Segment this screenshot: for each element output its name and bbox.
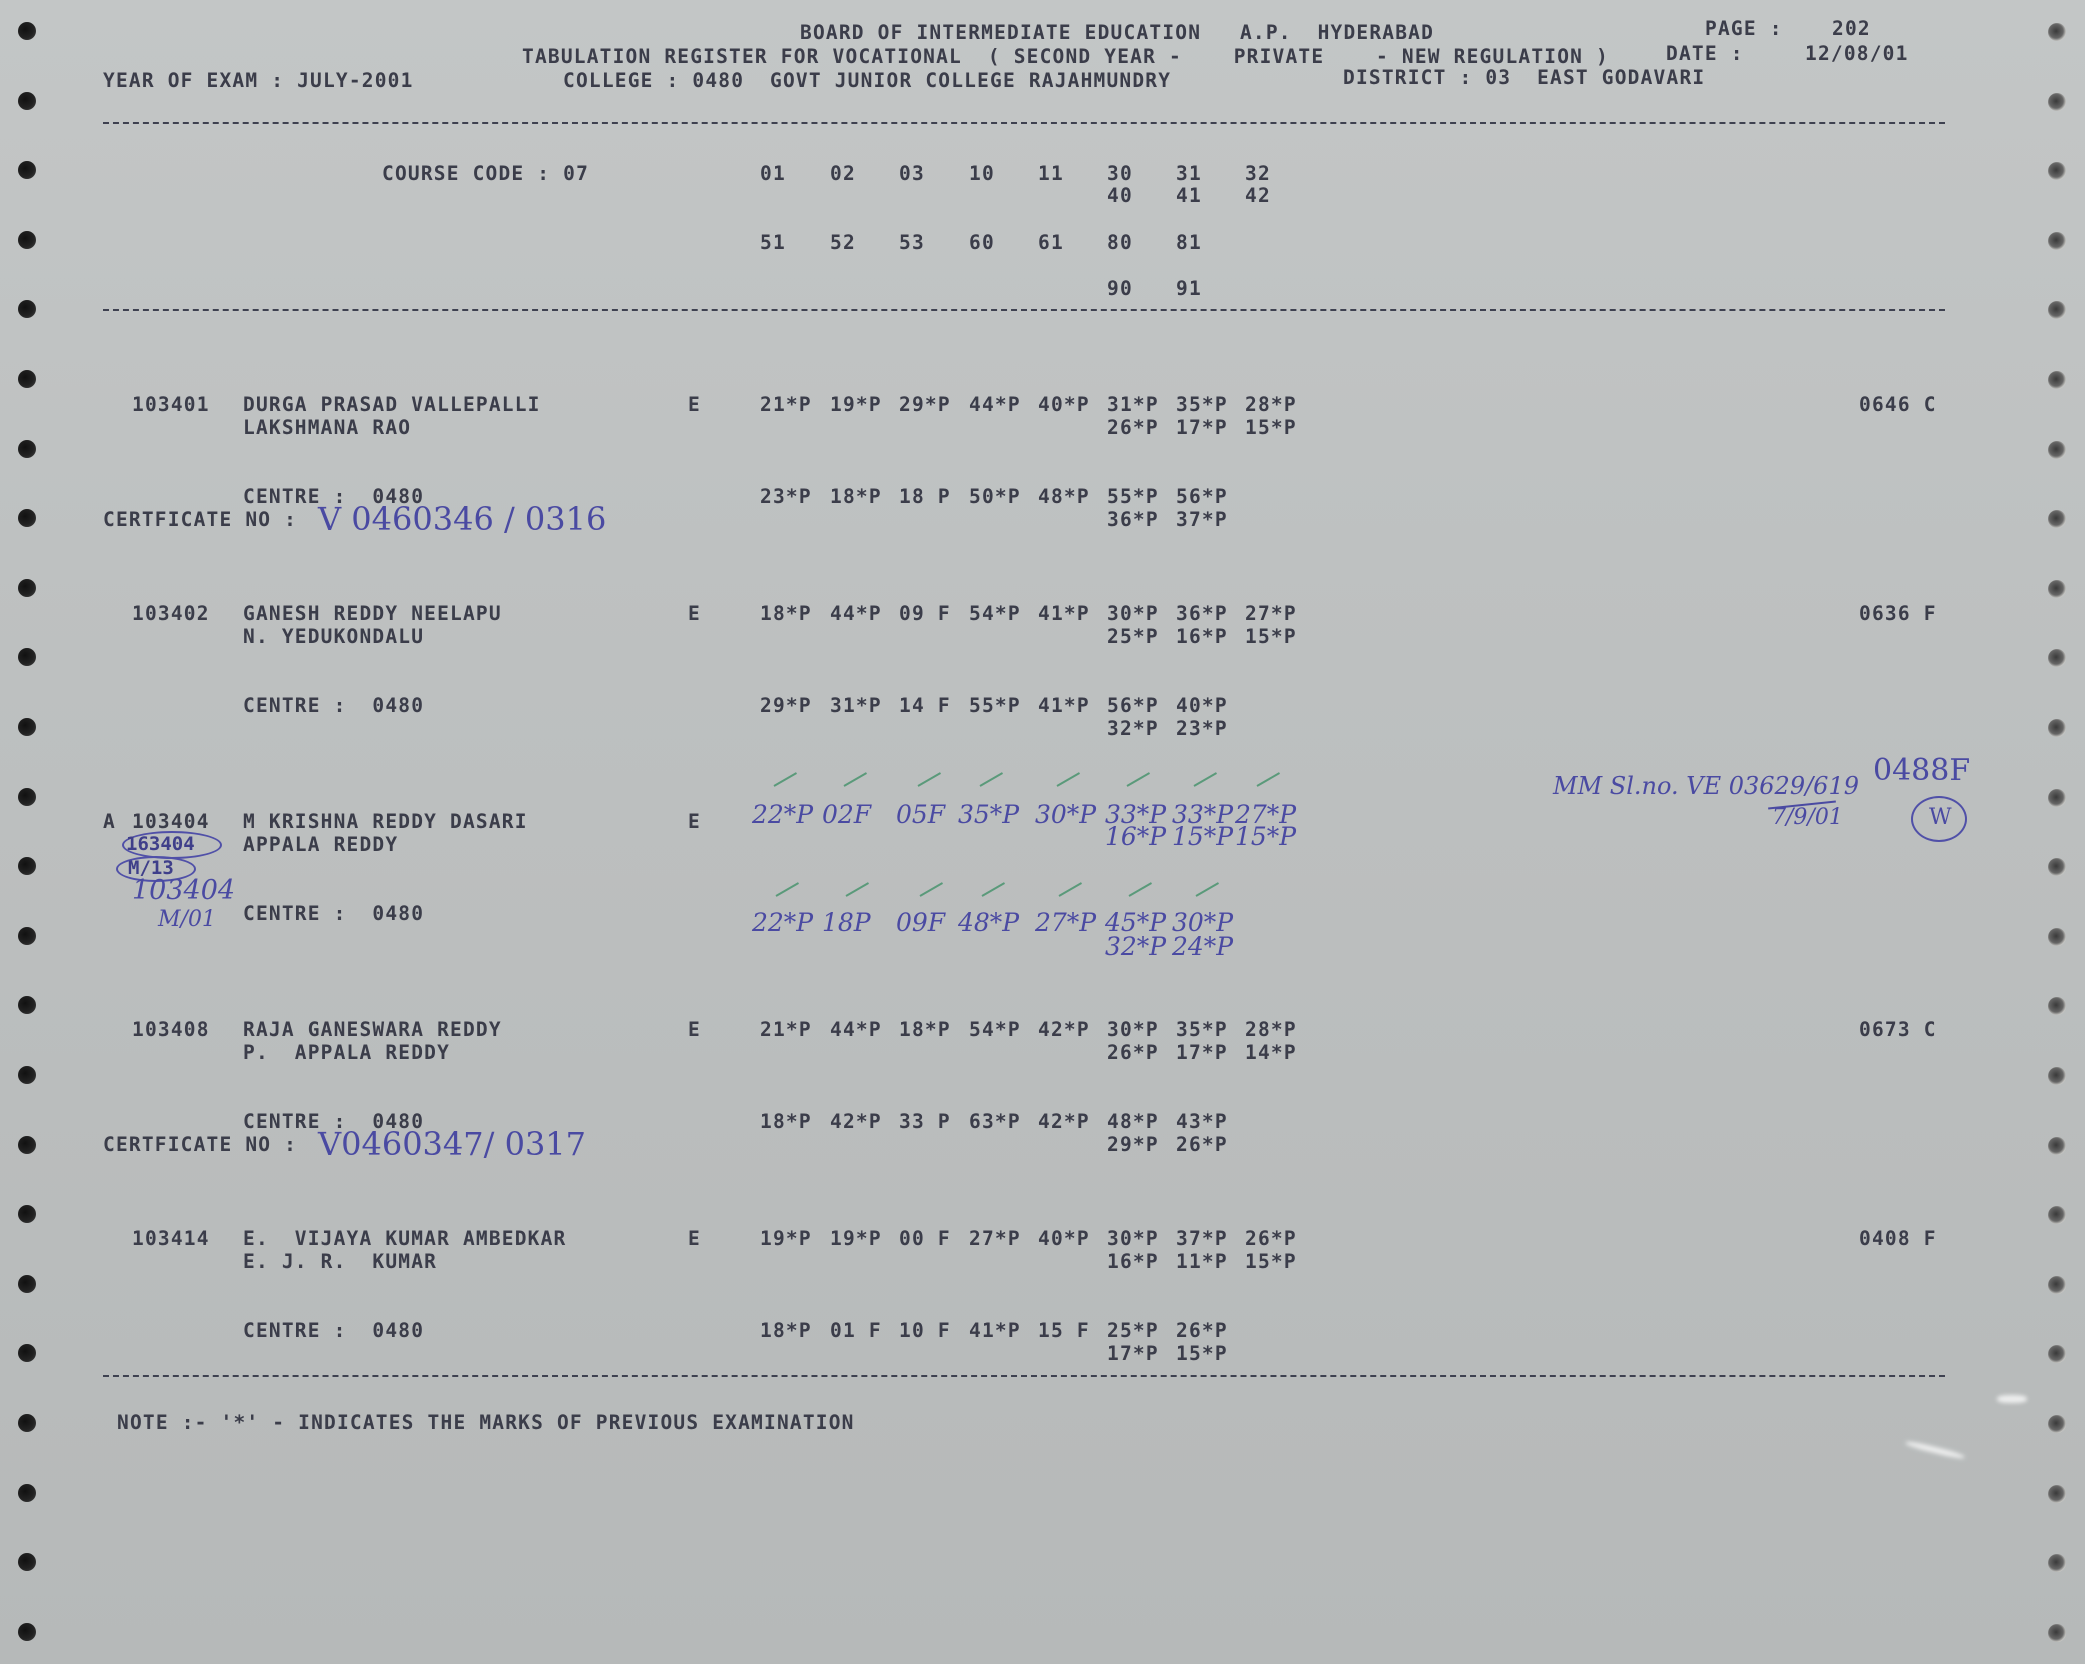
feed-hole-icon <box>2048 1554 2066 1572</box>
handwritten-certificate-number: V0460347/ 0317 <box>318 1129 586 1159</box>
handwritten-mark: 05F <box>896 803 945 827</box>
subject-mark: 15*P <box>1245 1251 1297 1273</box>
subject-mark: 18*P <box>760 603 812 625</box>
subject-code: 31 <box>1176 163 1202 185</box>
subject-mark: 28*P <box>1245 394 1297 416</box>
subject-mark: 01 F <box>830 1320 882 1342</box>
subject-mark: 42*P <box>830 1111 882 1133</box>
feed-hole-icon <box>18 857 36 875</box>
subject-mark: 63*P <box>969 1111 1021 1133</box>
total-and-result: 0673 C <box>1859 1019 1937 1041</box>
subject-mark: 42*P <box>1038 1019 1090 1041</box>
subject-code: 51 <box>760 232 786 254</box>
handwritten-mark: 30*P <box>1035 803 1096 827</box>
certificate-label: CERTFICATE NO : <box>103 1134 297 1156</box>
check-tick-icon <box>776 882 800 897</box>
feed-hole-icon <box>18 1623 36 1641</box>
feed-hole-icon <box>18 648 36 666</box>
handwritten-mark: 15*P <box>1235 825 1296 849</box>
subject-code: 40 <box>1107 185 1133 207</box>
check-tick-icon <box>1196 882 1220 897</box>
tabulation-register-sheet: BOARD OF INTERMEDIATE EDUCATION A.P. HYD… <box>0 0 2085 1664</box>
feed-hole-icon <box>2048 1276 2066 1294</box>
subject-code: 03 <box>899 163 925 185</box>
check-tick-icon <box>920 882 944 897</box>
medium-code: E <box>688 603 701 625</box>
board-title: BOARD OF INTERMEDIATE EDUCATION A.P. HYD… <box>800 22 1434 44</box>
subject-mark: 25*P <box>1107 1320 1159 1342</box>
subject-mark: 00 F <box>899 1228 951 1250</box>
subject-mark: 17*P <box>1176 1042 1228 1064</box>
subject-mark: 41*P <box>1038 695 1090 717</box>
total-and-result: 0646 C <box>1859 394 1937 416</box>
subject-code: 02 <box>830 163 856 185</box>
subject-mark: 30*P <box>1107 1019 1159 1041</box>
handwritten-mark: 35*P <box>958 803 1019 827</box>
feed-hole-icon <box>2048 301 2066 319</box>
subject-mark: 48*P <box>1038 486 1090 508</box>
hall-ticket-number: 103414 <box>132 1228 210 1250</box>
subject-mark: 26*P <box>1245 1228 1297 1250</box>
subject-mark: 35*P <box>1176 394 1228 416</box>
subject-mark: 14*P <box>1245 1042 1297 1064</box>
handwritten-mark: 22*P <box>752 911 813 935</box>
print-date: 12/08/01 <box>1805 43 1909 65</box>
subject-mark: 36*P <box>1176 603 1228 625</box>
hall-ticket-number: 103408 <box>132 1019 210 1041</box>
subject-mark: 25*P <box>1107 626 1159 648</box>
feed-hole-icon <box>2048 441 2066 459</box>
feed-hole-icon <box>2048 1206 2066 1224</box>
feed-hole-icon <box>2048 1624 2066 1642</box>
candidate-name: E. VIJAYA KUMAR AMBEDKAR <box>243 1228 567 1250</box>
subject-mark: 44*P <box>830 603 882 625</box>
withheld-mark: W <box>1929 806 1952 830</box>
feed-hole-icon <box>2048 928 2066 946</box>
subject-mark: 18*P <box>899 1019 951 1041</box>
handwritten-mark: 15*P <box>1172 825 1233 849</box>
subject-mark: 17*P <box>1176 417 1228 439</box>
subject-mark: 26*P <box>1176 1134 1228 1156</box>
handwritten-mark: 27*P <box>1035 911 1096 935</box>
subject-mark: 21*P <box>760 1019 812 1041</box>
subject-mark: 40*P <box>1038 394 1090 416</box>
subject-mark: 55*P <box>1107 486 1159 508</box>
feed-hole-icon <box>18 1275 36 1293</box>
father-name: LAKSHMANA RAO <box>243 417 411 439</box>
handwritten-mark: 16*P <box>1105 825 1166 849</box>
centre-code: CENTRE : 0480 <box>243 903 424 925</box>
feed-hole-icon <box>2048 371 2066 389</box>
subject-mark: 17*P <box>1107 1343 1159 1365</box>
feed-hole-icon <box>18 927 36 945</box>
certificate-label: CERTFICATE NO : <box>103 509 297 531</box>
subject-mark: 16*P <box>1107 1251 1159 1273</box>
right-feed-holes <box>2038 0 2078 1664</box>
feed-hole-icon <box>18 1205 36 1223</box>
subject-mark: 18*P <box>760 1320 812 1342</box>
subject-mark: 56*P <box>1176 486 1228 508</box>
hall-ticket-number: 103402 <box>132 603 210 625</box>
subject-mark: 44*P <box>830 1019 882 1041</box>
subject-code: 53 <box>899 232 925 254</box>
subject-mark: 09 F <box>899 603 951 625</box>
tape-glare <box>1905 1440 1965 1460</box>
subject-mark: 43*P <box>1176 1111 1228 1133</box>
subject-code: 10 <box>969 163 995 185</box>
subject-mark: 56*P <box>1107 695 1159 717</box>
hall-ticket-number: 103401 <box>132 394 210 416</box>
subject-mark: 33 P <box>899 1111 951 1133</box>
feed-hole-icon <box>18 788 36 806</box>
handwritten-mark: 32*P <box>1105 935 1166 959</box>
subject-mark: 15*P <box>1245 417 1297 439</box>
candidate-name: GANESH REDDY NEELAPU <box>243 603 502 625</box>
check-tick-icon <box>1127 772 1151 787</box>
subject-mark: 21*P <box>760 394 812 416</box>
subject-mark: 18*P <box>760 1111 812 1133</box>
divider-top <box>103 122 1945 124</box>
centre-code: CENTRE : 0480 <box>243 695 424 717</box>
feed-hole-icon <box>18 1066 36 1084</box>
candidate-name: RAJA GANESWARA REDDY <box>243 1019 502 1041</box>
feed-hole-icon <box>18 92 36 110</box>
subject-mark: 37*P <box>1176 509 1228 531</box>
subject-code: 80 <box>1107 232 1133 254</box>
subject-mark: 32*P <box>1107 718 1159 740</box>
college-info: COLLEGE : 0480 GOVT JUNIOR COLLEGE RAJAH… <box>563 70 1171 92</box>
feed-hole-icon <box>18 579 36 597</box>
subject-code: 61 <box>1038 232 1064 254</box>
subject-mark: 29*P <box>760 695 812 717</box>
page-label: PAGE : <box>1705 18 1783 40</box>
subject-code: 90 <box>1107 278 1133 300</box>
feed-hole-icon <box>2048 23 2066 41</box>
feed-hole-icon <box>18 231 36 249</box>
subject-mark: 14 F <box>899 695 951 717</box>
tape-glare <box>1997 1395 2027 1403</box>
subject-mark: 50*P <box>969 486 1021 508</box>
subject-mark: 15*P <box>1176 1343 1228 1365</box>
subject-code: 01 <box>760 163 786 185</box>
feed-hole-icon <box>18 509 36 527</box>
handwritten-mark: 22*P <box>752 803 813 827</box>
subject-mark: 10 F <box>899 1320 951 1342</box>
handwritten-memo-note: MM Sl.no. VE 03629/619 <box>1553 774 1859 798</box>
subject-mark: 27*P <box>969 1228 1021 1250</box>
subject-mark: 31*P <box>1107 394 1159 416</box>
subject-mark: 35*P <box>1176 1019 1228 1041</box>
feed-hole-icon <box>2048 1137 2066 1155</box>
subject-code: 52 <box>830 232 856 254</box>
feed-hole-icon <box>18 370 36 388</box>
check-tick-icon <box>1129 882 1153 897</box>
father-name: N. YEDUKONDALU <box>243 626 424 648</box>
subject-mark: 41*P <box>969 1320 1021 1342</box>
feed-hole-icon <box>18 22 36 40</box>
feed-hole-icon <box>2048 1415 2066 1433</box>
year-of-exam: YEAR OF EXAM : JULY-2001 <box>103 70 414 92</box>
handwritten-code: M/01 <box>158 908 216 932</box>
feed-hole-icon <box>18 718 36 736</box>
subject-mark: 28*P <box>1245 1019 1297 1041</box>
centre-code: CENTRE : 0480 <box>243 1320 424 1342</box>
subject-mark: 15 F <box>1038 1320 1090 1342</box>
subject-mark: 48*P <box>1107 1111 1159 1133</box>
subject-code: 41 <box>1176 185 1202 207</box>
subject-mark: 40*P <box>1176 695 1228 717</box>
subject-mark: 44*P <box>969 394 1021 416</box>
handwritten-mark: 09F <box>896 911 945 935</box>
prefix-marker: A <box>103 811 116 833</box>
subject-mark: 55*P <box>969 695 1021 717</box>
feed-hole-icon <box>2048 789 2066 807</box>
subject-mark: 19*P <box>760 1228 812 1250</box>
circled-roll-number: 163404 <box>126 832 195 856</box>
divider-course <box>103 309 1945 311</box>
feed-hole-icon <box>18 440 36 458</box>
feed-hole-icon <box>2048 1485 2066 1503</box>
subject-mark: 42*P <box>1038 1111 1090 1133</box>
subject-mark: 29*P <box>899 394 951 416</box>
feed-hole-icon <box>18 996 36 1014</box>
father-name: E. J. R. KUMAR <box>243 1251 437 1273</box>
check-tick-icon <box>980 772 1004 787</box>
subject-mark: 16*P <box>1176 626 1228 648</box>
subject-mark: 19*P <box>830 1228 882 1250</box>
feed-hole-icon <box>18 1136 36 1154</box>
feed-hole-icon <box>2048 93 2066 111</box>
check-tick-icon <box>982 882 1006 897</box>
subject-mark: 54*P <box>969 603 1021 625</box>
check-tick-icon <box>1257 772 1281 787</box>
left-feed-holes <box>8 0 48 1664</box>
feed-hole-icon <box>2048 232 2066 250</box>
subject-mark: 18 P <box>899 486 951 508</box>
feed-hole-icon <box>2048 580 2066 598</box>
check-tick-icon <box>1194 772 1218 787</box>
footer-note: NOTE :- '*' - INDICATES THE MARKS OF PRE… <box>117 1412 855 1434</box>
candidate-name: M KRISHNA REDDY DASARI <box>243 811 528 833</box>
handwritten-mark: 18P <box>822 911 871 935</box>
subject-mark: 31*P <box>830 695 882 717</box>
subject-code: 32 <box>1245 163 1271 185</box>
subject-mark: 26*P <box>1107 1042 1159 1064</box>
subject-mark: 54*P <box>969 1019 1021 1041</box>
handwritten-roll-number: 103404 <box>132 876 235 906</box>
feed-hole-icon <box>18 1553 36 1571</box>
candidate-name: DURGA PRASAD VALLEPALLI <box>243 394 541 416</box>
subject-mark: 41*P <box>1038 603 1090 625</box>
subject-mark: 27*P <box>1245 603 1297 625</box>
subject-mark: 40*P <box>1038 1228 1090 1250</box>
medium-code: E <box>688 811 701 833</box>
subject-code: 91 <box>1176 278 1202 300</box>
subject-code: 11 <box>1038 163 1064 185</box>
medium-code: E <box>688 394 701 416</box>
feed-hole-icon <box>2048 162 2066 180</box>
check-tick-icon <box>1057 772 1081 787</box>
page-number: 202 <box>1832 18 1871 40</box>
check-tick-icon <box>774 772 798 787</box>
check-tick-icon <box>846 882 870 897</box>
subject-mark: 29*P <box>1107 1134 1159 1156</box>
subject-mark: 30*P <box>1107 603 1159 625</box>
medium-code: E <box>688 1019 701 1041</box>
district-info: DISTRICT : 03 EAST GODAVARI <box>1343 67 1705 89</box>
father-name: P. APPALA REDDY <box>243 1042 450 1064</box>
subject-mark: 11*P <box>1176 1251 1228 1273</box>
subject-code: 30 <box>1107 163 1133 185</box>
subject-code: 81 <box>1176 232 1202 254</box>
feed-hole-icon <box>2048 997 2066 1015</box>
feed-hole-icon <box>2048 858 2066 876</box>
feed-hole-icon <box>2048 510 2066 528</box>
hall-ticket-number: 103404 <box>132 811 210 833</box>
subject-mark: 26*P <box>1176 1320 1228 1342</box>
subject-code: 60 <box>969 232 995 254</box>
handwritten-mark: 24*P <box>1172 935 1233 959</box>
subject-mark: 19*P <box>830 394 882 416</box>
handwritten-mark: 02F <box>822 803 871 827</box>
subject-mark: 37*P <box>1176 1228 1228 1250</box>
subject-mark: 18*P <box>830 486 882 508</box>
subject-mark: 23*P <box>1176 718 1228 740</box>
handwritten-mark: 48*P <box>958 911 1019 935</box>
feed-hole-icon <box>2048 719 2066 737</box>
feed-hole-icon <box>2048 649 2066 667</box>
check-tick-icon <box>918 772 942 787</box>
handwritten-total-result: 0488F <box>1873 756 1970 786</box>
subject-code: 42 <box>1245 185 1271 207</box>
feed-hole-icon <box>2048 1067 2066 1085</box>
subject-mark: 36*P <box>1107 509 1159 531</box>
total-and-result: 0636 F <box>1859 603 1937 625</box>
feed-hole-icon <box>2048 1345 2066 1363</box>
handwritten-memo-date: 7/9/01 <box>1772 806 1843 830</box>
check-tick-icon <box>844 772 868 787</box>
subject-mark: 26*P <box>1107 417 1159 439</box>
register-title: TABULATION REGISTER FOR VOCATIONAL ( SEC… <box>522 46 1609 68</box>
feed-hole-icon <box>18 1484 36 1502</box>
date-label: DATE : <box>1666 43 1744 65</box>
feed-hole-icon <box>18 1414 36 1432</box>
subject-mark: 15*P <box>1245 626 1297 648</box>
medium-code: E <box>688 1228 701 1250</box>
check-tick-icon <box>1059 882 1083 897</box>
feed-hole-icon <box>18 300 36 318</box>
father-name: APPALA REDDY <box>243 834 398 856</box>
course-code: COURSE CODE : 07 <box>382 163 589 185</box>
subject-mark: 23*P <box>760 486 812 508</box>
feed-hole-icon <box>18 1344 36 1362</box>
total-and-result: 0408 F <box>1859 1228 1937 1250</box>
handwritten-certificate-number: V 0460346 / 0316 <box>318 504 606 534</box>
divider-bottom <box>103 1375 1945 1377</box>
feed-hole-icon <box>18 161 36 179</box>
subject-mark: 30*P <box>1107 1228 1159 1250</box>
